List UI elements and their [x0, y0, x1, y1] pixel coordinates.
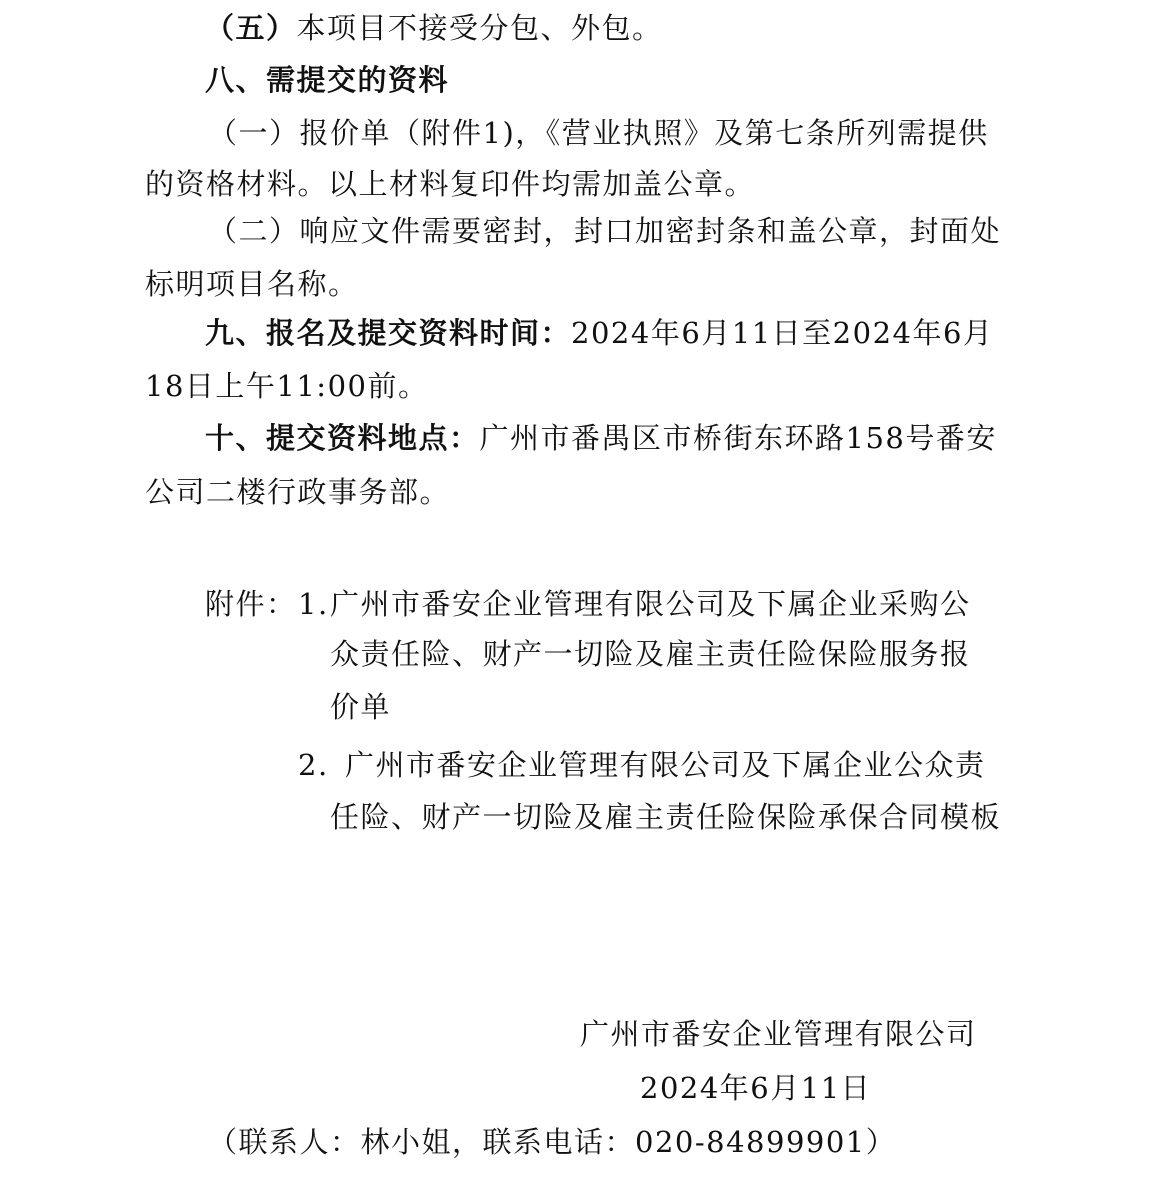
- section-8-item-2-line-2: 标明项目名称。: [145, 266, 359, 302]
- section-8-heading: 八、需提交的资料: [205, 62, 449, 98]
- attachment-1-number: 1.: [298, 586, 329, 622]
- section-9: 九、报名及提交资料时间：2024年6月11日至2024年6月: [205, 315, 993, 351]
- section-9-text-line-1: 2024年6月11日至2024年6月: [571, 316, 993, 350]
- attachment-2-line-1: 广州市番安企业管理有限公司及下属企业公众责: [345, 747, 986, 783]
- section-10-text-line-1: 广州市番禺区市桥街东环路158号番安: [480, 421, 997, 455]
- attachment-2-number: 2.: [298, 747, 329, 783]
- signature-company: 广州市番安企业管理有限公司: [580, 1016, 977, 1052]
- section-10-label: 十、提交资料地点：: [205, 421, 480, 455]
- attachments-label: 附件：: [205, 586, 297, 622]
- section-8-item-2-line-1: （二）响应文件需要密封，封口加密封条和盖公章，封面处: [208, 213, 1001, 249]
- section-8-item-1-line-2: 的资格材料。以上材料复印件均需加盖公章。: [145, 166, 755, 202]
- section-9-text-line-2: 18日上午11:00前。: [145, 368, 428, 404]
- signature-date: 2024年6月11日: [640, 1070, 871, 1106]
- section-9-label: 九、报名及提交资料时间：: [205, 316, 571, 350]
- attachment-2-line-2: 任险、财产一切险及雇主责任险保险承保合同模板: [330, 799, 1001, 835]
- item-5: （五）本项目不接受分包、外包。: [205, 10, 663, 46]
- item-5-label: （五）: [205, 11, 297, 45]
- section-10-text-line-2: 公司二楼行政事务部。: [145, 474, 450, 510]
- section-8-item-1-line-1: （一）报价单（附件1)，《营业执照》及第七条所列需提供: [208, 115, 989, 151]
- attachment-1-line-1: 广州市番安企业管理有限公司及下属企业采购公: [330, 586, 971, 622]
- attachment-1-line-3: 价单: [330, 689, 391, 725]
- item-5-text: 本项目不接受分包、外包。: [297, 11, 663, 45]
- section-10: 十、提交资料地点：广州市番禺区市桥街东环路158号番安: [205, 420, 997, 456]
- attachment-1-line-2: 众责任险、财产一切险及雇主责任险保险服务报: [330, 636, 971, 672]
- contact-info: （联系人：林小姐，联系电话：020-84899901）: [208, 1124, 896, 1160]
